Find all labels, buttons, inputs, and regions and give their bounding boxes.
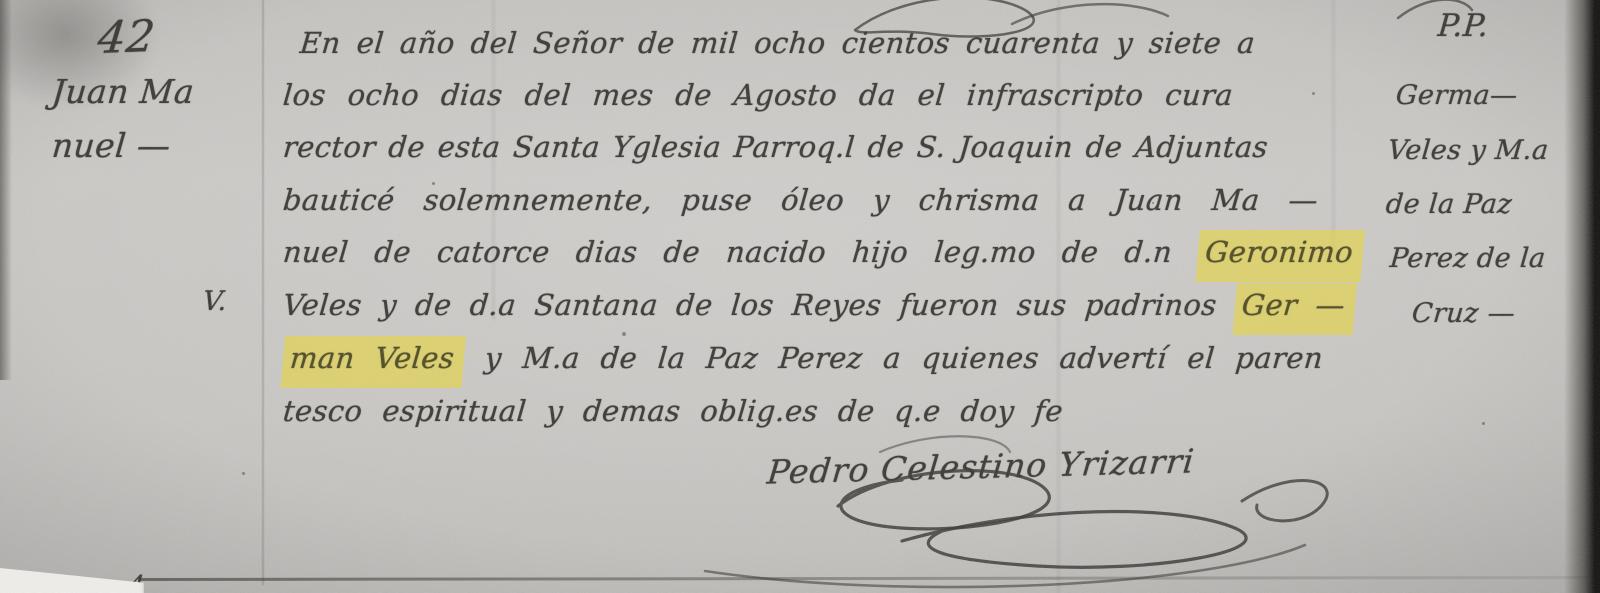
margin-note-line-4: de la Paz — [1385, 189, 1514, 220]
search-highlight: Ger — — [1232, 283, 1357, 335]
bottom-rule-line — [138, 576, 1588, 581]
margin-note-line-2: Germa— — [1395, 80, 1519, 111]
paper-speck — [622, 332, 626, 336]
record-line-5: nuel de catorce dias de nacido hijo leg.… — [282, 237, 1365, 269]
document-scan: 42 Juan Ma nuel — V. En el año del Señor… — [0, 0, 1600, 593]
record-text: Veles y de d.a Santana de los Reyes fuer… — [282, 288, 1237, 322]
record-text: nuel de catorce dias de nacido hijo leg.… — [282, 235, 1200, 269]
page-left-edge-shadow — [0, 0, 12, 380]
record-line-2: los ocho dias del mes de Agosto da el in… — [282, 80, 1235, 112]
paper-speck — [1482, 422, 1485, 425]
page-right-edge-shadow — [1564, 0, 1600, 593]
margin-note-line-1: P.P. — [1436, 8, 1490, 44]
record-text: tesco espiritual y demas oblig.es de q.e… — [282, 394, 1065, 428]
record-line-7: man Veles y M.a de la Paz Perez a quiene… — [282, 343, 1325, 375]
record-line-4: bauticé solemnemente, puse óleo y chrism… — [282, 185, 1320, 217]
search-highlight: man Veles — [280, 336, 466, 388]
record-line-1: En el año del Señor de mil ocho cientos … — [299, 28, 1257, 60]
paper-speck — [432, 182, 435, 185]
paper-speck — [1152, 202, 1154, 204]
margin-note-line-3: Veles y M.a — [1387, 135, 1550, 166]
record-text: rector de esta Santa Yglesia Parroq.l de… — [282, 130, 1270, 164]
priest-signature: Pedro Celestino Yrizarri — [766, 441, 1197, 491]
bottom-left-white-patch — [0, 563, 144, 593]
record-text: bauticé solemnemente, puse óleo y chrism… — [282, 183, 1320, 217]
record-line-8: tesco espiritual y demas oblig.es de q.e… — [282, 396, 1065, 428]
record-text: los ocho dias del mes de Agosto da el in… — [282, 78, 1235, 112]
margin-rule-line — [262, 0, 264, 585]
entry-name-line-2: nuel — — [50, 126, 172, 165]
record-text: y M.a de la Paz Perez a quienes advertí … — [463, 341, 1325, 375]
paper-speck — [242, 472, 245, 475]
record-line-6: Veles y de d.a Santana de los Reyes fuer… — [282, 290, 1357, 322]
paper-speck — [1312, 92, 1315, 95]
margin-note-line-6: Cruz — — [1411, 298, 1517, 329]
search-highlight: Geronimo — [1196, 230, 1365, 282]
verification-mark: V. — [202, 286, 229, 317]
record-line-3: rector de esta Santa Yglesia Parroq.l de… — [282, 132, 1270, 164]
record-text: En el año del Señor de mil ocho cientos … — [299, 26, 1257, 60]
margin-note-line-5: Perez de la — [1389, 243, 1547, 274]
fold-line — [1332, 0, 1335, 260]
